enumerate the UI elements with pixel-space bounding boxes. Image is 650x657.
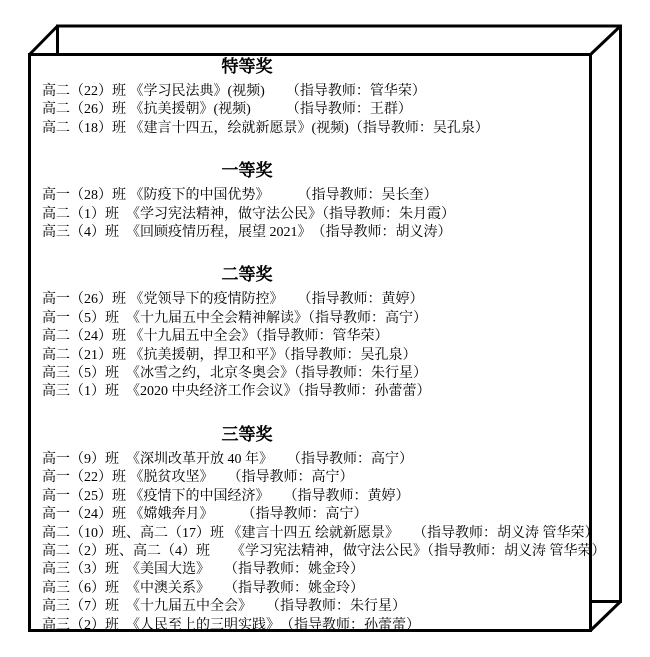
work-title: 《十九届五中全会》 — [133, 599, 273, 614]
teacher-label: （指导教师：王群） — [293, 102, 412, 117]
class-label: 高三（6）班 — [42, 581, 133, 596]
award-row: 高二（26）班 《抗美援朝》(视频) （指导教师：王群） — [42, 101, 598, 119]
prize-section-heading: 三等奖 — [42, 426, 452, 444]
class-label: 高一（5）班 — [42, 311, 133, 326]
award-row: 高三（4）班 《回顾疫情历程，展望 2021》 （指导教师：胡义涛） — [42, 224, 598, 242]
teacher-label: （指导教师：高宁） — [294, 452, 413, 467]
teacher-label: （指导教师：姚金玲） — [231, 562, 364, 577]
work-title: 《十九届五中全会》 — [130, 329, 256, 344]
work-title: 《抗美援朝》(视频) — [130, 102, 293, 117]
class-label: 高二（1）班 — [42, 207, 133, 222]
prize-section-heading: 一等奖 — [42, 162, 452, 180]
award-row: 高二（18）班 《建言十四五，绘就新愿景》(视频)（指导教师：吴孔泉） — [42, 120, 598, 138]
class-label: 高一（26）班 — [42, 292, 130, 307]
prize-section-heading: 特等奖 — [42, 58, 452, 76]
award-document-content: 特等奖高二（22）班 《学习民法典》(视频) （指导教师：管华荣）高二（26）班… — [42, 56, 598, 635]
award-row: 高一（28）班 《防疫下的中国优势》 （指导教师：吴长奎） — [42, 187, 598, 205]
work-title: 《嫦娥奔月》 — [130, 507, 249, 522]
work-title: 《疫情下的中国经济》 — [130, 489, 291, 504]
class-label: 高三（7）班 — [42, 599, 133, 614]
teacher-label: （指导教师：高宁） — [308, 311, 427, 326]
class-label: 高三（5）班 — [42, 366, 133, 381]
award-row: 高二（10）班、高二（17）班 《建言十四五 绘就新愿景》 （指导教师：胡义涛 … — [42, 525, 598, 543]
class-label: 高二（21）班 — [42, 348, 130, 363]
teacher-label: （指导教师：朱月霞） — [322, 207, 455, 222]
class-label: 高二（10）班、高二（17）班 — [42, 526, 228, 541]
work-title: 《回顾疫情历程，展望 2021》 — [133, 225, 319, 240]
award-row: 高三（6）班 《中澳关系》 （指导教师：姚金玲） — [42, 580, 598, 598]
class-label: 高二（24）班 — [42, 329, 130, 344]
teacher-label: （指导教师：孙蕾蕾） — [298, 384, 431, 399]
teacher-label: （指导教师：吴长奎） — [305, 188, 438, 203]
work-title: 《学习宪法精神，做守法公民》 — [133, 207, 322, 222]
award-row: 高一（24）班 《嫦娥奔月》 （指导教师：高宁） — [42, 506, 598, 524]
work-title: 《学习民法典》(视频) — [130, 84, 293, 99]
work-title: 《美国大选》 — [133, 562, 231, 577]
teacher-label: （指导教师：高宁） — [235, 470, 354, 485]
document-page: 特等奖高二（22）班 《学习民法典》(视频) （指导教师：管华荣）高二（26）班… — [0, 0, 650, 657]
work-title: 《建言十四五 绘就新愿景》 — [228, 526, 421, 541]
award-row: 高一（25）班 《疫情下的中国经济》 （指导教师：黄婷） — [42, 488, 598, 506]
award-row: 高一（9）班 《深圳改革开放 40 年》 （指导教师：高宁） — [42, 451, 598, 469]
award-row: 高二（2）班、高二（4）班 《学习宪法精神，做守法公民》（指导教师：胡义涛 管华… — [42, 543, 598, 561]
work-title: 《党领导下的疫情防控》 — [130, 292, 305, 307]
award-row: 高一（26）班 《党领导下的疫情防控》 （指导教师：黄婷） — [42, 291, 598, 309]
teacher-label: （指导教师：黄婷） — [305, 292, 424, 307]
award-row: 高二（21）班 《抗美援朝，捍卫和平》（指导教师：吴孔泉） — [42, 347, 598, 365]
teacher-label: （指导教师：胡义涛 管华荣） — [420, 526, 599, 541]
award-row: 高二（24）班 《十九届五中全会》（指导教师：管华荣） — [42, 328, 598, 346]
work-title: 《2020 中央经济工作会议》 — [133, 384, 298, 399]
work-title: 《冰雪之约，北京冬奥会》 — [133, 366, 294, 381]
box-top-right-diagonal — [591, 26, 621, 55]
prize-section-heading: 二等奖 — [42, 266, 452, 284]
work-title: 《中澳关系》 — [133, 581, 231, 596]
work-title: 《学习宪法精神，做守法公民》 — [238, 544, 427, 559]
class-label: 高一（9）班 — [42, 452, 133, 467]
teacher-label: （指导教师：胡义涛） — [319, 225, 452, 240]
teacher-label: （指导教师：胡义涛 管华荣） — [427, 544, 606, 559]
teacher-label: （指导教师：管华荣） — [256, 329, 389, 344]
teacher-label: （指导教师：黄婷） — [291, 489, 410, 504]
class-label: 高三（4）班 — [42, 225, 133, 240]
work-title: 《脱贫攻坚》 — [130, 470, 235, 485]
work-title: 《深圳改革开放 40 年》 — [133, 452, 294, 467]
class-label: 高二（2）班、高二（4）班 — [42, 544, 238, 559]
award-row: 高三（3）班 《美国大选》 （指导教师：姚金玲） — [42, 561, 598, 579]
class-label: 高二（26）班 — [42, 102, 130, 117]
teacher-label: （指导教师：孙蕾蕾） — [287, 618, 420, 633]
class-label: 高三（1）班 — [42, 384, 133, 399]
award-row: 高三（7）班 《十九届五中全会》 （指导教师：朱行星） — [42, 598, 598, 616]
work-title: 《十九届五中全会精神解读》 — [133, 311, 308, 326]
class-label: 高三（3）班 — [42, 562, 133, 577]
class-label: 高三（2）班 — [42, 618, 133, 633]
teacher-label: （指导教师：姚金玲） — [231, 581, 364, 596]
class-label: 高一（28）班 — [42, 188, 130, 203]
award-row: 高二（1）班 《学习宪法精神，做守法公民》（指导教师：朱月霞） — [42, 206, 598, 224]
class-label: 高一（24）班 — [42, 507, 130, 522]
teacher-label: （指导教师：高宁） — [249, 507, 368, 522]
teacher-label: （指导教师：管华荣） — [293, 84, 426, 99]
box-top-left-diagonal — [30, 26, 58, 55]
teacher-label: （指导教师：吴孔泉） — [349, 121, 489, 136]
teacher-label: （指导教师：朱行星） — [273, 599, 406, 614]
award-row: 高一（22）班 《脱贫攻坚》 （指导教师：高宁） — [42, 469, 598, 487]
award-row: 高二（22）班 《学习民法典》(视频) （指导教师：管华荣） — [42, 83, 598, 101]
teacher-label: （指导教师：吴孔泉） — [284, 348, 417, 363]
work-title: 《人民至上的三明实践》 — [133, 618, 287, 633]
class-label: 高二（18）班 — [42, 121, 130, 136]
award-row: 高三（2）班 《人民至上的三明实践》 （指导教师：孙蕾蕾） — [42, 617, 598, 635]
work-title: 《防疫下的中国优势》 — [130, 188, 305, 203]
award-row: 高三（1）班 《2020 中央经济工作会议》（指导教师：孙蕾蕾） — [42, 383, 598, 401]
work-title: 《抗美援朝，捍卫和平》 — [130, 348, 284, 363]
class-label: 高一（22）班 — [42, 470, 130, 485]
class-label: 高二（22）班 — [42, 84, 130, 99]
teacher-label: （指导教师：朱行星） — [294, 366, 427, 381]
work-title: 《建言十四五，绘就新愿景》(视频) — [130, 121, 349, 136]
award-row: 高一（5）班 《十九届五中全会精神解读》（指导教师：高宁） — [42, 310, 598, 328]
class-label: 高一（25）班 — [42, 489, 130, 504]
award-row: 高三（5）班 《冰雪之约，北京冬奥会》（指导教师：朱行星） — [42, 365, 598, 383]
